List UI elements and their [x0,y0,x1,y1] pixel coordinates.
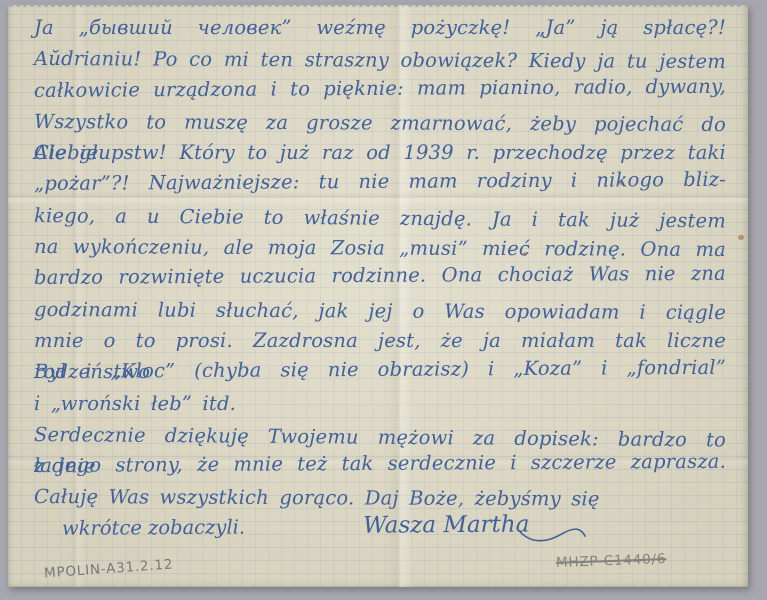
letter-line: bardzo rozwinięte uczucia rodzinne. Ona … [34,258,726,294]
old-archive-number-struck: MHZP-C1440/6 [556,551,667,571]
archive-number-pencil: MPOLIN-A31.2.12 [44,557,174,582]
scanned-letter-page: Ja „бывший человек” weźmę pożyczkę! „Ja”… [0,0,767,600]
closing-line: wkrótce zobaczyli. Wasza Martha [34,508,726,544]
letter-body: Ja „бывший человек” weźmę pożyczkę! „Ja”… [8,5,748,544]
letter-line: i „wroński łeb” itd. [34,388,726,419]
signature-flourish-icon [517,526,587,544]
closing-text: wkrótce zobaczyli. [62,511,245,544]
letter-line: godzinami lubi słuchać, jak jej o Was op… [34,294,726,328]
letter-line: całkowicie urządzona i to pięknie: mam p… [34,70,726,106]
letter-line: „pożar”?! Najważniejsze: tu nie mam rodz… [34,164,726,200]
letter-line: Ja „бывший человек” weźmę pożyczkę! „Ja”… [34,12,726,43]
letter-line: Był i „Kloc” (chyba się nie obrazisz) i … [34,352,726,388]
letter-line: z jego strony, że mnie też tak serdeczni… [34,446,726,482]
signature: Wasza Martha [363,509,530,541]
letter-line: Wszystko to muszę za grosze zmarnować, ż… [34,106,726,140]
letter-paper: Ja „бывший человек” weźmę pożyczkę! „Ja”… [8,5,748,587]
